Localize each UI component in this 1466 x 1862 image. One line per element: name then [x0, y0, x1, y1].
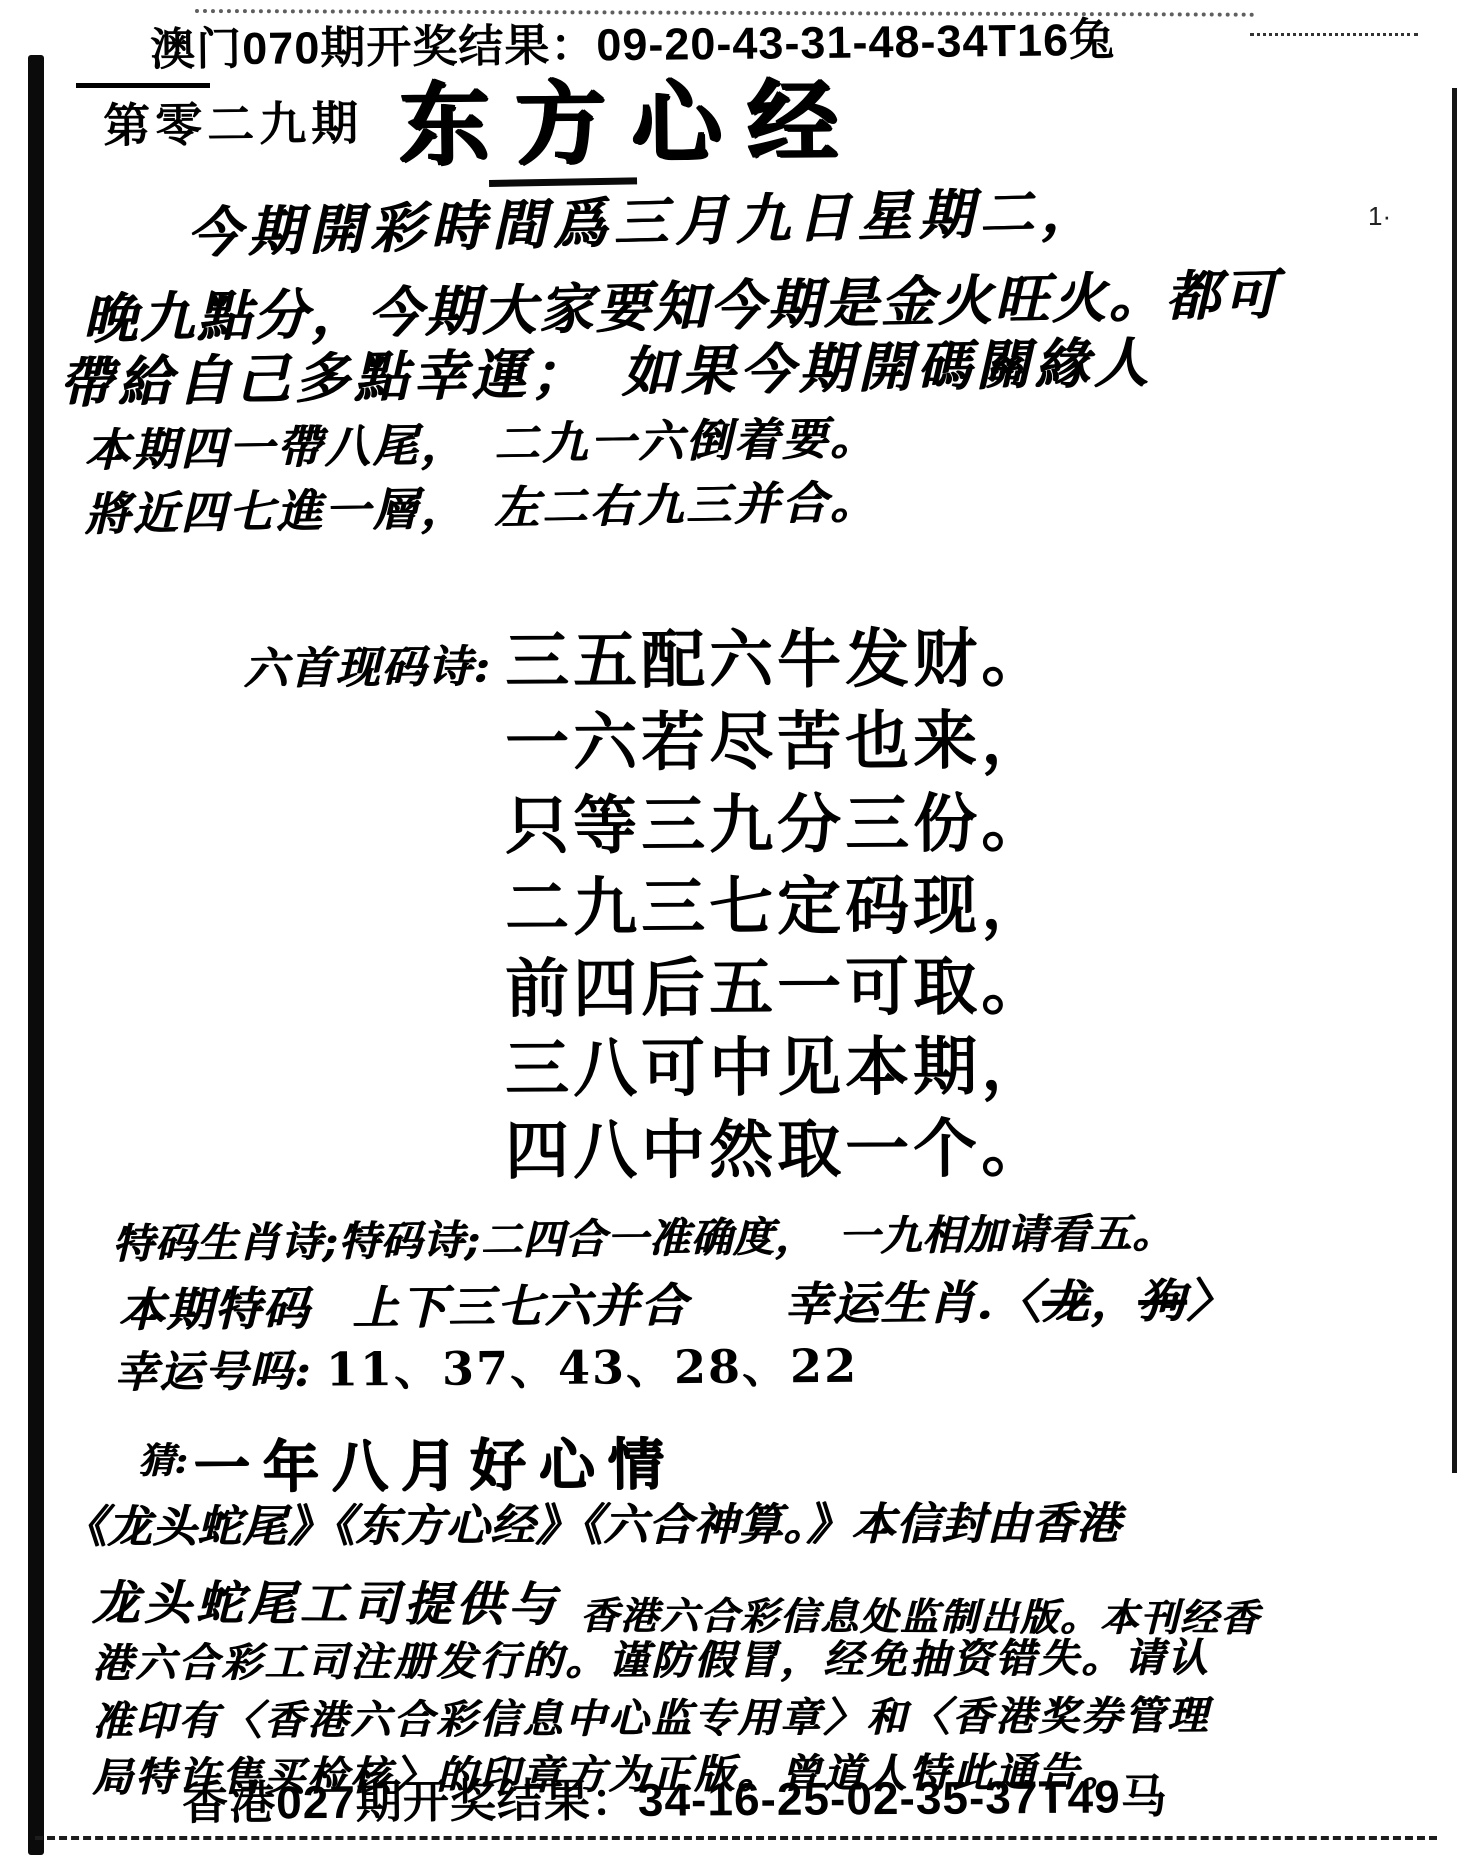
left-border-bar	[28, 55, 44, 1855]
provider-detail: 香港六合彩信息处监制出版。本刊经香	[580, 1593, 1260, 1640]
lucky-zodiac-first: 龙	[1042, 1275, 1090, 1329]
top-left-dash	[76, 83, 210, 88]
poem-line: 二九三七定码现，	[505, 874, 1049, 941]
issue-number: 第零二九期	[103, 100, 363, 150]
special-code-label: 本期特码	[118, 1281, 310, 1337]
poem-line: 一六若尽苦也来，	[505, 709, 1049, 776]
poem-line: 三五配六牛发财。	[505, 627, 1049, 694]
poem-line: 三八可中见本期，	[505, 1035, 1049, 1102]
title-underline	[489, 177, 637, 187]
guess-text: 一年八月好心情	[193, 1431, 676, 1500]
series-titles-line: 《龙头蛇尾》《东方心经》《六合神算。》本信封由香港	[62, 1502, 1121, 1550]
lucky-zodiac-second: 狗	[1138, 1274, 1186, 1328]
special-code-value: 上下三七六并合	[352, 1278, 688, 1335]
right-border-line	[1452, 88, 1457, 1473]
zodiac-bracket-close: 〉	[1186, 1273, 1234, 1327]
guess-label: 猜:	[138, 1440, 188, 1482]
lucky-numbers-label: 幸运号吗:	[114, 1347, 312, 1398]
lucky-numbers-value: 11、37、43、28、22	[326, 1339, 858, 1397]
bottom-dashed-line	[35, 1836, 1437, 1840]
stamp-line: 准印有〈香港六合彩信息中心监专用章〉和〈香港奖券管理	[92, 1696, 1210, 1742]
zodiac-comma: ，	[1090, 1274, 1138, 1328]
special-code-line: 本期特码上下三七六并合幸运生肖.〈龙，狗〉	[118, 1277, 1234, 1333]
top-right-dotted-line	[1250, 33, 1418, 36]
macau-result-line: 澳门070期开奖结果：09-20-43-31-48-34T16兔	[150, 17, 1115, 72]
hk-result-line: 香港027期开奖结果：34-16-25-02-35-37T49马	[182, 1773, 1168, 1826]
intro-line: 本期四一帶八尾， 二九一六倒着要。	[84, 416, 878, 473]
poem-line: 四八中然取一个。	[505, 1117, 1049, 1184]
paper-title: 东方心经	[398, 76, 863, 170]
intro-line: 將近四七進一層， 左二右九三并合。	[84, 480, 878, 537]
special-zodiac-poem-line: 特码生肖诗;特码诗;二四合一准确度， 一九相加请看五。	[112, 1213, 1174, 1265]
right-margin-mark: 1·	[1368, 203, 1391, 229]
registration-line: 港六合彩工司注册发行的。谨防假冒，经免抽资错失。请认	[92, 1638, 1210, 1684]
guess-line: 猜:一年八月好心情	[138, 1436, 677, 1496]
poem-line: 前四后五一可取。	[505, 955, 1049, 1022]
lottery-tip-sheet-page: 1· 澳门070期开奖结果：09-20-43-31-48-34T16兔 第零二九…	[0, 0, 1466, 1862]
lucky-zodiac-label: 幸运生肖.	[784, 1275, 994, 1331]
zodiac-bracket-open: 〈	[994, 1275, 1042, 1329]
provider-line: 龙头蛇尾工司提供与香港六合彩信息处监制出版。本刊经香	[92, 1580, 1260, 1631]
lucky-numbers-line: 幸运号吗:11、37、43、28、22	[114, 1343, 858, 1395]
poem-line: 只等三九分三份。	[505, 792, 1049, 859]
poem-label: 六首现码诗:	[243, 645, 492, 692]
intro-line: 今期開彩時間爲三月九日星期二，	[186, 184, 1102, 260]
provider-name: 龙头蛇尾工司提供与	[92, 1576, 560, 1633]
